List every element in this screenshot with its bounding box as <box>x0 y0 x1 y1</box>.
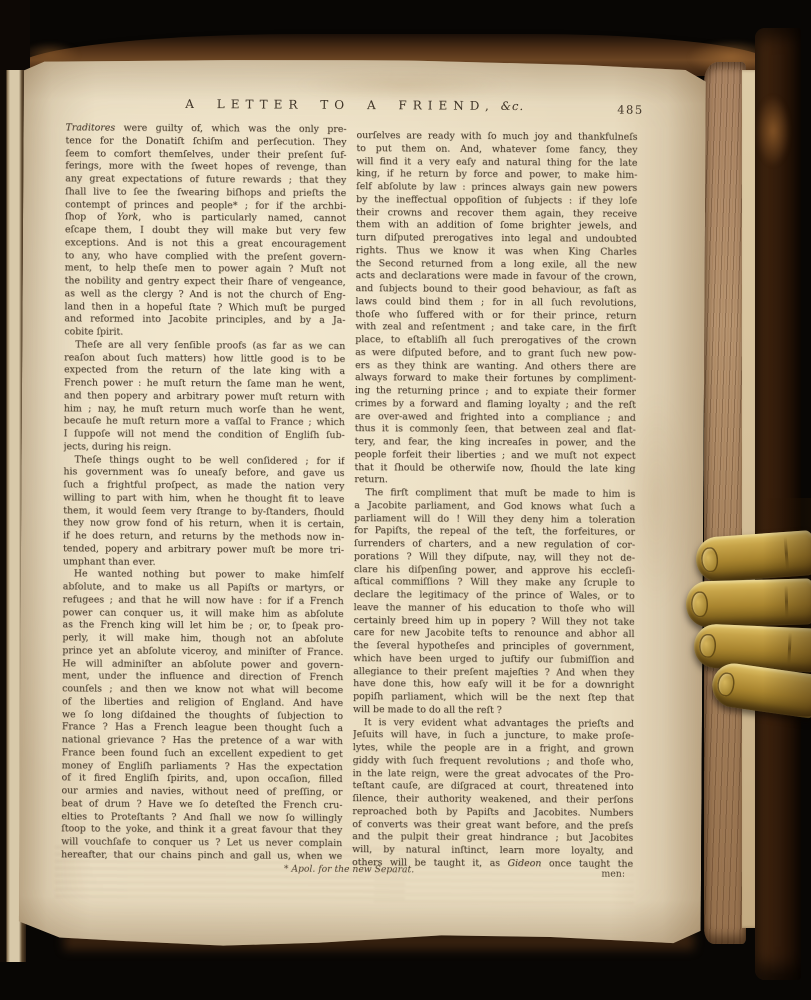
text-line: rights. Thus we know it was when King Ch… <box>356 245 637 259</box>
running-title: A LETTER TO A FRIEND, <box>185 97 495 113</box>
leather-wear-patch <box>756 96 790 166</box>
text-line: refugees ; and that he will now have : f… <box>63 594 344 608</box>
text-line: exceptions. And is not this a great enco… <box>65 237 346 251</box>
text-line: leave the manner of his education to tho… <box>354 602 635 616</box>
text-line: of the liberties and religion of England… <box>62 696 343 710</box>
running-title-etc: &c. <box>501 99 524 113</box>
text-line: beat of drum ? Have we ſo deteſted the F… <box>61 798 342 812</box>
text-line: that it ſhould be otherwiſe now, ſhould … <box>354 462 635 476</box>
text-line: to put them on. And, whatever ſome fancy… <box>356 143 637 157</box>
text-line: jects, during his reign. <box>64 441 345 455</box>
fingernail <box>699 633 717 658</box>
catchword: men: <box>519 868 635 880</box>
text-line: and then popery and arbitrary power muſt… <box>64 390 345 404</box>
text-column-left: Traditores were guilty of, which was the… <box>61 122 347 863</box>
text-line: crimes by a forward and flaming loyalty … <box>355 398 636 412</box>
hand-shadow <box>763 498 811 716</box>
book-page: A LETTER TO A FRIEND,&c. 485 Traditores … <box>19 58 706 952</box>
text-line: Theſe are all very ſenſible proofs (as f… <box>64 339 345 353</box>
text-line: reproached both by Papiſts and Jacobites… <box>352 806 633 820</box>
text-line: tence for the Donatiſt ſchiſm and perſec… <box>65 135 346 149</box>
text-line: as well as the clergy ? And is not the c… <box>65 288 346 302</box>
gold-hand <box>660 498 811 716</box>
text-line: by the ineffectual oppoſition of ſubject… <box>356 194 637 208</box>
text-line: tended, popery and arbitrary power muſt … <box>63 543 344 557</box>
text-line: as were diſputed before, and to grant ſu… <box>355 347 636 361</box>
text-line: a Jacobite parliament, and God knows wha… <box>354 500 635 514</box>
running-header: A LETTER TO A FRIEND,&c. 485 <box>66 92 644 122</box>
text-line: willing to part with him, when he though… <box>63 492 344 506</box>
text-line: which have been urged to juſtify our ſub… <box>353 653 634 667</box>
text-line: porations ? Will they diſpute, nay, will… <box>354 551 635 565</box>
text-line: will be made to do all the reſt ? <box>353 704 634 718</box>
fingernail <box>691 591 709 617</box>
page-number: 485 <box>617 103 644 117</box>
text-line: people forfeit their liberties ; and we … <box>355 449 636 463</box>
text-line: laws could bind them ; for in all ſuch r… <box>355 296 636 310</box>
text-column-right: ourſelves are ready with ſo much joy and… <box>352 130 638 871</box>
text-line: hereafter, that our chains pinch and gal… <box>61 849 342 863</box>
running-title-wrap: A LETTER TO A FRIEND,&c. <box>66 92 644 115</box>
text-line: giddy with ſuch frequent revolutions ; a… <box>353 755 634 769</box>
text-line: France been found ſuch an excellent expe… <box>62 747 343 761</box>
text-line: prince yet an abſolute viceroy, and mini… <box>62 645 343 659</box>
fingernail <box>716 671 736 698</box>
fingernail <box>700 547 719 573</box>
text-line: ſhall live to ſee the ſwearing biſhops a… <box>65 186 346 200</box>
